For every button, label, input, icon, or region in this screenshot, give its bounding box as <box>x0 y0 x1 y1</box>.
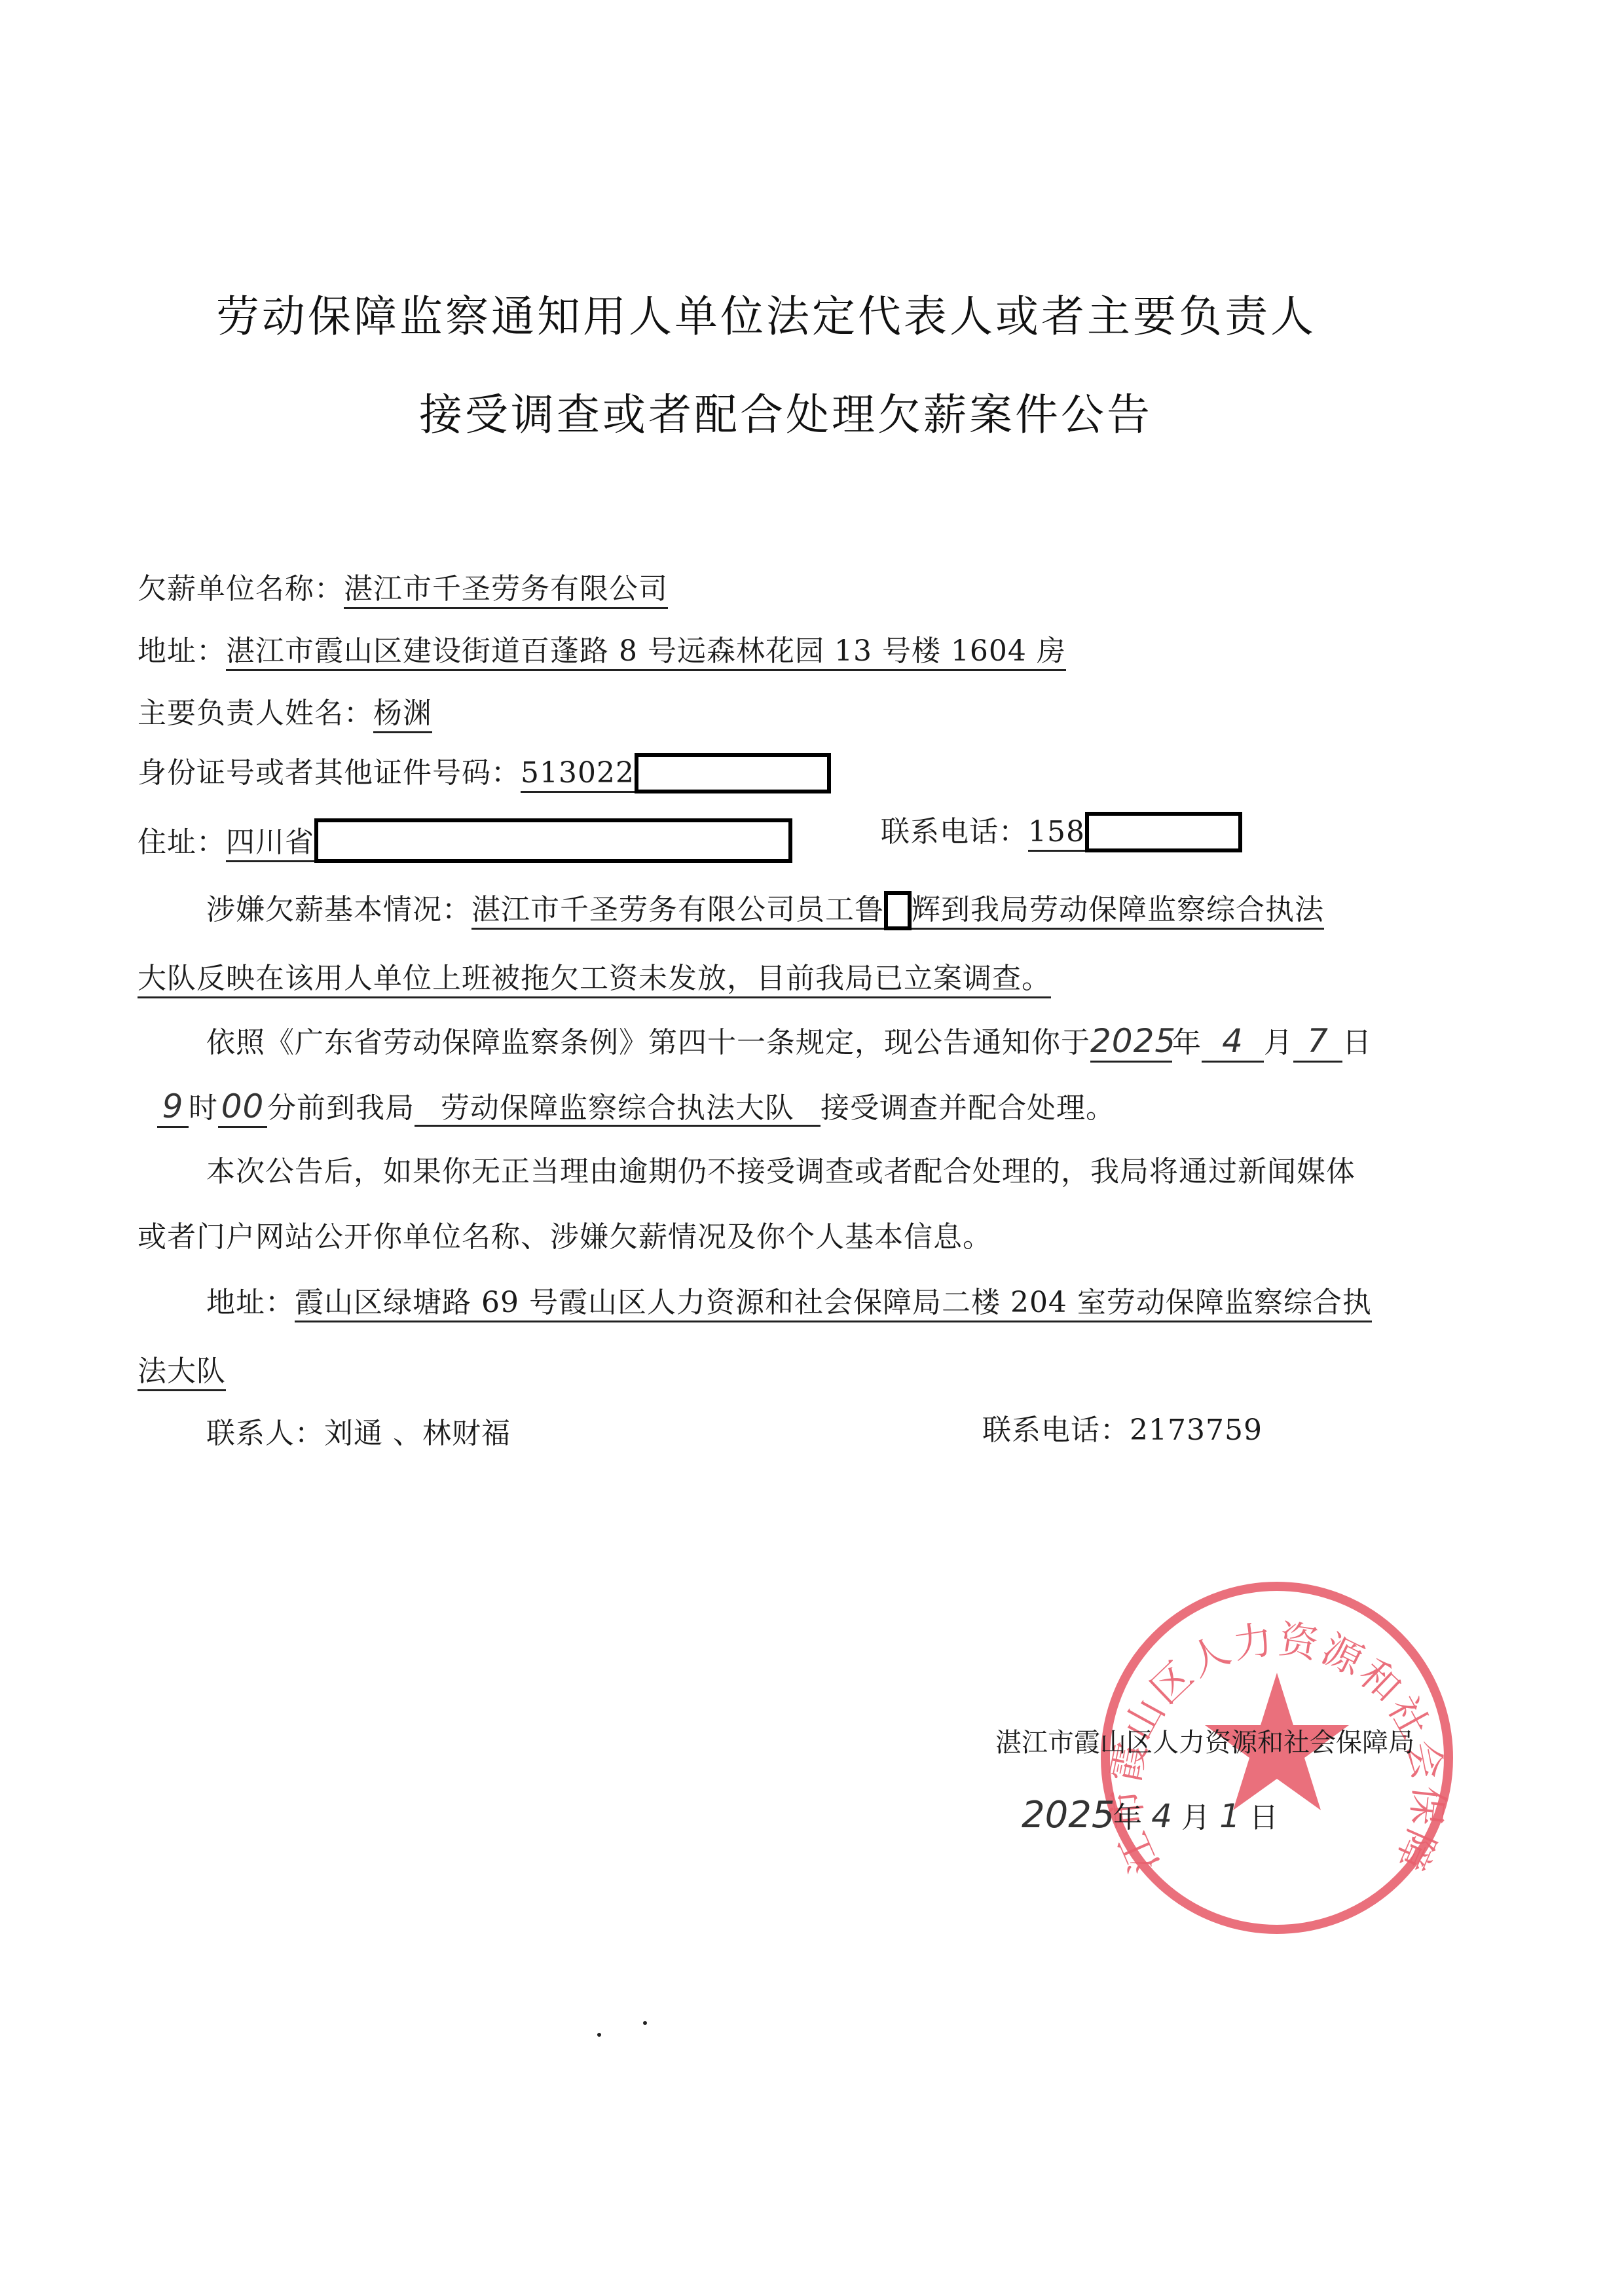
office-phone-row: 联系电话：2173759 <box>982 1411 1263 1450</box>
residence-row: 住址：四川省 <box>138 818 792 863</box>
case-text-1: 湛江市千圣劳务有限公司员工鲁 <box>471 893 884 930</box>
redaction-box-name <box>884 891 912 930</box>
title-line-2: 接受调查或者配合处理欠薪案件公告 <box>419 380 1153 442</box>
notice-hour-unit: 时 <box>189 1091 218 1125</box>
employer-label: 欠薪单位名称： <box>138 572 344 606</box>
principal-value: 杨渊 <box>373 697 432 733</box>
id-row: 身份证号或者其他证件号码：513022 <box>138 753 831 793</box>
id-value: 513022 <box>521 756 635 793</box>
case-text-3: 大队反映在该用人单位上班被拖欠工资未发放，目前我局已立案调查。 <box>138 962 1051 998</box>
office-address-label: 地址： <box>206 1286 295 1319</box>
address-label: 地址： <box>138 634 226 668</box>
notice-department: 劳动保障监察综合执法大队 <box>415 1091 821 1127</box>
notice-suffix: 接受调查并配合处理。 <box>821 1091 1115 1125</box>
phone-row: 联系电话：158 <box>881 812 1242 852</box>
notice-row-2: 9时00分前到我局劳动保障监察综合执法大队接受调查并配合处理。 <box>157 1087 1115 1128</box>
notice-day: 7 <box>1293 1021 1342 1063</box>
notice-row-1: 依照《广东省劳动保障监察条例》第四十一条规定，现公告通知你于2025年4月7日 <box>206 1021 1372 1063</box>
warning-row-1: 本次公告后，如果你无正当理由逾期仍不接受调查或者配合处理的，我局将通过新闻媒体 <box>206 1152 1356 1192</box>
contact-row: 联系人：刘通 、林财福 <box>206 1414 511 1453</box>
notice-minute-suffix: 分前到我局 <box>267 1091 415 1125</box>
address-value: 湛江市霞山区建设街道百蓬路 8 号远森林花园 13 号楼 1604 房 <box>226 634 1066 671</box>
notice-prefix: 依照《广东省劳动保障监察条例》第四十一条规定，现公告通知你于 <box>206 1026 1090 1059</box>
employer-row: 欠薪单位名称：湛江市千圣劳务有限公司 <box>138 570 668 609</box>
signature-year: 2025 <box>1022 1794 1113 1836</box>
signature-day: 1 <box>1210 1797 1249 1835</box>
notice-hour: 9 <box>157 1087 189 1128</box>
phone-label: 联系电话： <box>881 815 1028 848</box>
signature-year-unit: 年 <box>1113 1801 1142 1834</box>
redaction-box-id <box>635 753 831 793</box>
redaction-box-phone <box>1085 812 1242 852</box>
principal-row: 主要负责人姓名：杨渊 <box>138 694 432 733</box>
title-line-1: 劳动保障监察通知用人单位法定代表人或者主要负责人 <box>216 282 1316 344</box>
employer-value: 湛江市千圣劳务有限公司 <box>344 572 668 609</box>
phone-value: 158 <box>1028 815 1085 852</box>
warning-row-2: 或者门户网站公开你单位名称、涉嫌欠薪情况及你个人基本信息。 <box>138 1218 992 1257</box>
case-row-1: 涉嫌欠薪基本情况：湛江市千圣劳务有限公司员工鲁辉到我局劳动保障监察综合执法 <box>206 890 1324 930</box>
id-label: 身份证号或者其他证件号码： <box>138 756 521 790</box>
signature-day-unit: 日 <box>1249 1801 1278 1834</box>
office-address-row-1: 地址：霞山区绿塘路 69 号霞山区人力资源和社会保障局二楼 204 室劳动保障监… <box>206 1283 1372 1322</box>
residence-value: 四川省 <box>226 826 314 862</box>
office-address-row-2: 法大队 <box>138 1352 226 1391</box>
case-label: 涉嫌欠薪基本情况： <box>206 893 471 926</box>
office-phone: 2173759 <box>1130 1413 1263 1447</box>
residence-label: 住址： <box>138 826 226 859</box>
notice-month: 4 <box>1202 1021 1264 1063</box>
principal-label: 主要负责人姓名： <box>138 697 373 730</box>
notice-month-unit: 月 <box>1264 1026 1293 1059</box>
notice-minute: 00 <box>218 1087 267 1128</box>
notice-day-unit: 日 <box>1342 1026 1372 1059</box>
redaction-box-residence <box>314 818 792 863</box>
notice-document: 劳动保障监察通知用人单位法定代表人或者主要负责人 接受调查或者配合处理欠薪案件公… <box>0 0 1624 2296</box>
address-row: 地址：湛江市霞山区建设街道百蓬路 8 号远森林花园 13 号楼 1604 房 <box>138 632 1066 671</box>
signature-month-unit: 月 <box>1181 1801 1210 1834</box>
scan-speck <box>597 2033 601 2037</box>
issuer-name: 湛江市霞山区人力资源和社会保障局 <box>995 1722 1414 1759</box>
office-address-line2: 法大队 <box>138 1355 226 1391</box>
case-row-2: 大队反映在该用人单位上班被拖欠工资未发放，目前我局已立案调查。 <box>138 959 1051 998</box>
office-address-line1: 霞山区绿塘路 69 号霞山区人力资源和社会保障局二楼 204 室劳动保障监察综合… <box>295 1286 1372 1322</box>
case-text-2: 辉到我局劳动保障监察综合执法 <box>912 893 1324 930</box>
contact-label: 联系人： <box>206 1417 324 1450</box>
signature-month: 4 <box>1142 1797 1181 1835</box>
notice-year: 2025 <box>1090 1021 1172 1063</box>
office-phone-label: 联系电话： <box>982 1413 1130 1447</box>
contact-names: 刘通 、林财福 <box>324 1417 511 1450</box>
notice-year-unit: 年 <box>1172 1026 1202 1059</box>
scan-speck <box>643 2021 647 2025</box>
signature-date: 2025年4月1日 <box>1022 1794 1278 1836</box>
